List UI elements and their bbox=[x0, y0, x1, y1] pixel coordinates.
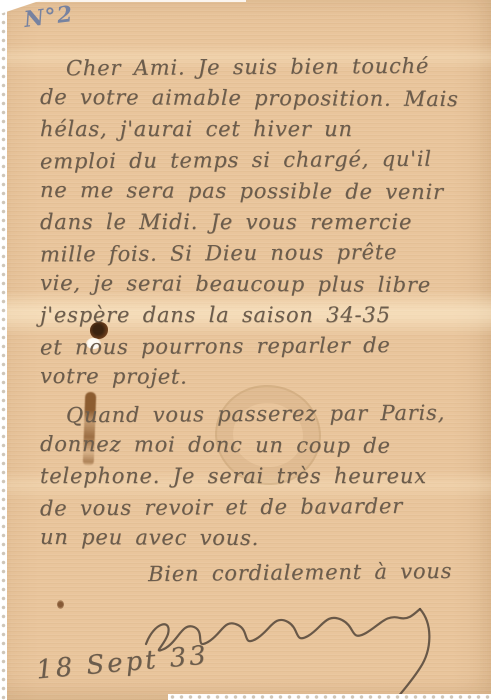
handwriting-line: hélas, j'aurai cet hiver un bbox=[40, 114, 464, 145]
perforated-edge-left bbox=[0, 0, 7, 700]
handwriting-line: de votre aimable proposition. Mais bbox=[40, 82, 464, 115]
letter-paragraph-2: Quand vous passerez par Paris, donnez mo… bbox=[40, 399, 464, 554]
handwriting-line: telephone. Je serai très heureux bbox=[40, 461, 464, 492]
handwriting-line: votre projet. bbox=[40, 361, 464, 394]
handwriting-line: Quand vous passerez par Paris, bbox=[40, 398, 464, 432]
handwriting-line: mille fois. Si Dieu nous prête bbox=[40, 237, 464, 271]
handwriting-line: dans le Midi. Je vous remercie bbox=[40, 207, 464, 238]
handwriting-line: un peu avec vous. bbox=[40, 522, 464, 555]
closing-line: Bien cordialement à vous bbox=[40, 556, 464, 591]
handwriting-line: de vous revoir et de bavarder bbox=[40, 491, 464, 525]
letter-scan: N°2 Cher Ami. Je suis bien touché de vot… bbox=[0, 0, 491, 700]
clipped-corner bbox=[0, 0, 42, 14]
handwriting-line: Cher Ami. Je suis bien touché bbox=[40, 51, 464, 85]
perforated-edge-bottom bbox=[168, 694, 491, 700]
handwriting-line: emploi du temps si chargé, qu'il bbox=[40, 144, 464, 178]
handwriting-line: donnez moi donc un coup de bbox=[40, 429, 464, 462]
letter-body: Cher Ami. Je suis bien touché de votre a… bbox=[40, 52, 464, 589]
handwriting-line: et nous pourrons reparler de bbox=[40, 330, 464, 364]
ink-speck bbox=[57, 600, 64, 609]
handwriting-line: ne me sera pas possible de venir bbox=[40, 175, 464, 208]
signature-flourish bbox=[392, 609, 429, 700]
handwriting-line: vie, je serai beaucoup plus libre bbox=[40, 268, 464, 301]
letter-paragraph-1: Cher Ami. Je suis bien touché de votre a… bbox=[40, 52, 464, 393]
handwriting-line: j'espère dans la saison 34-35 bbox=[40, 300, 464, 331]
